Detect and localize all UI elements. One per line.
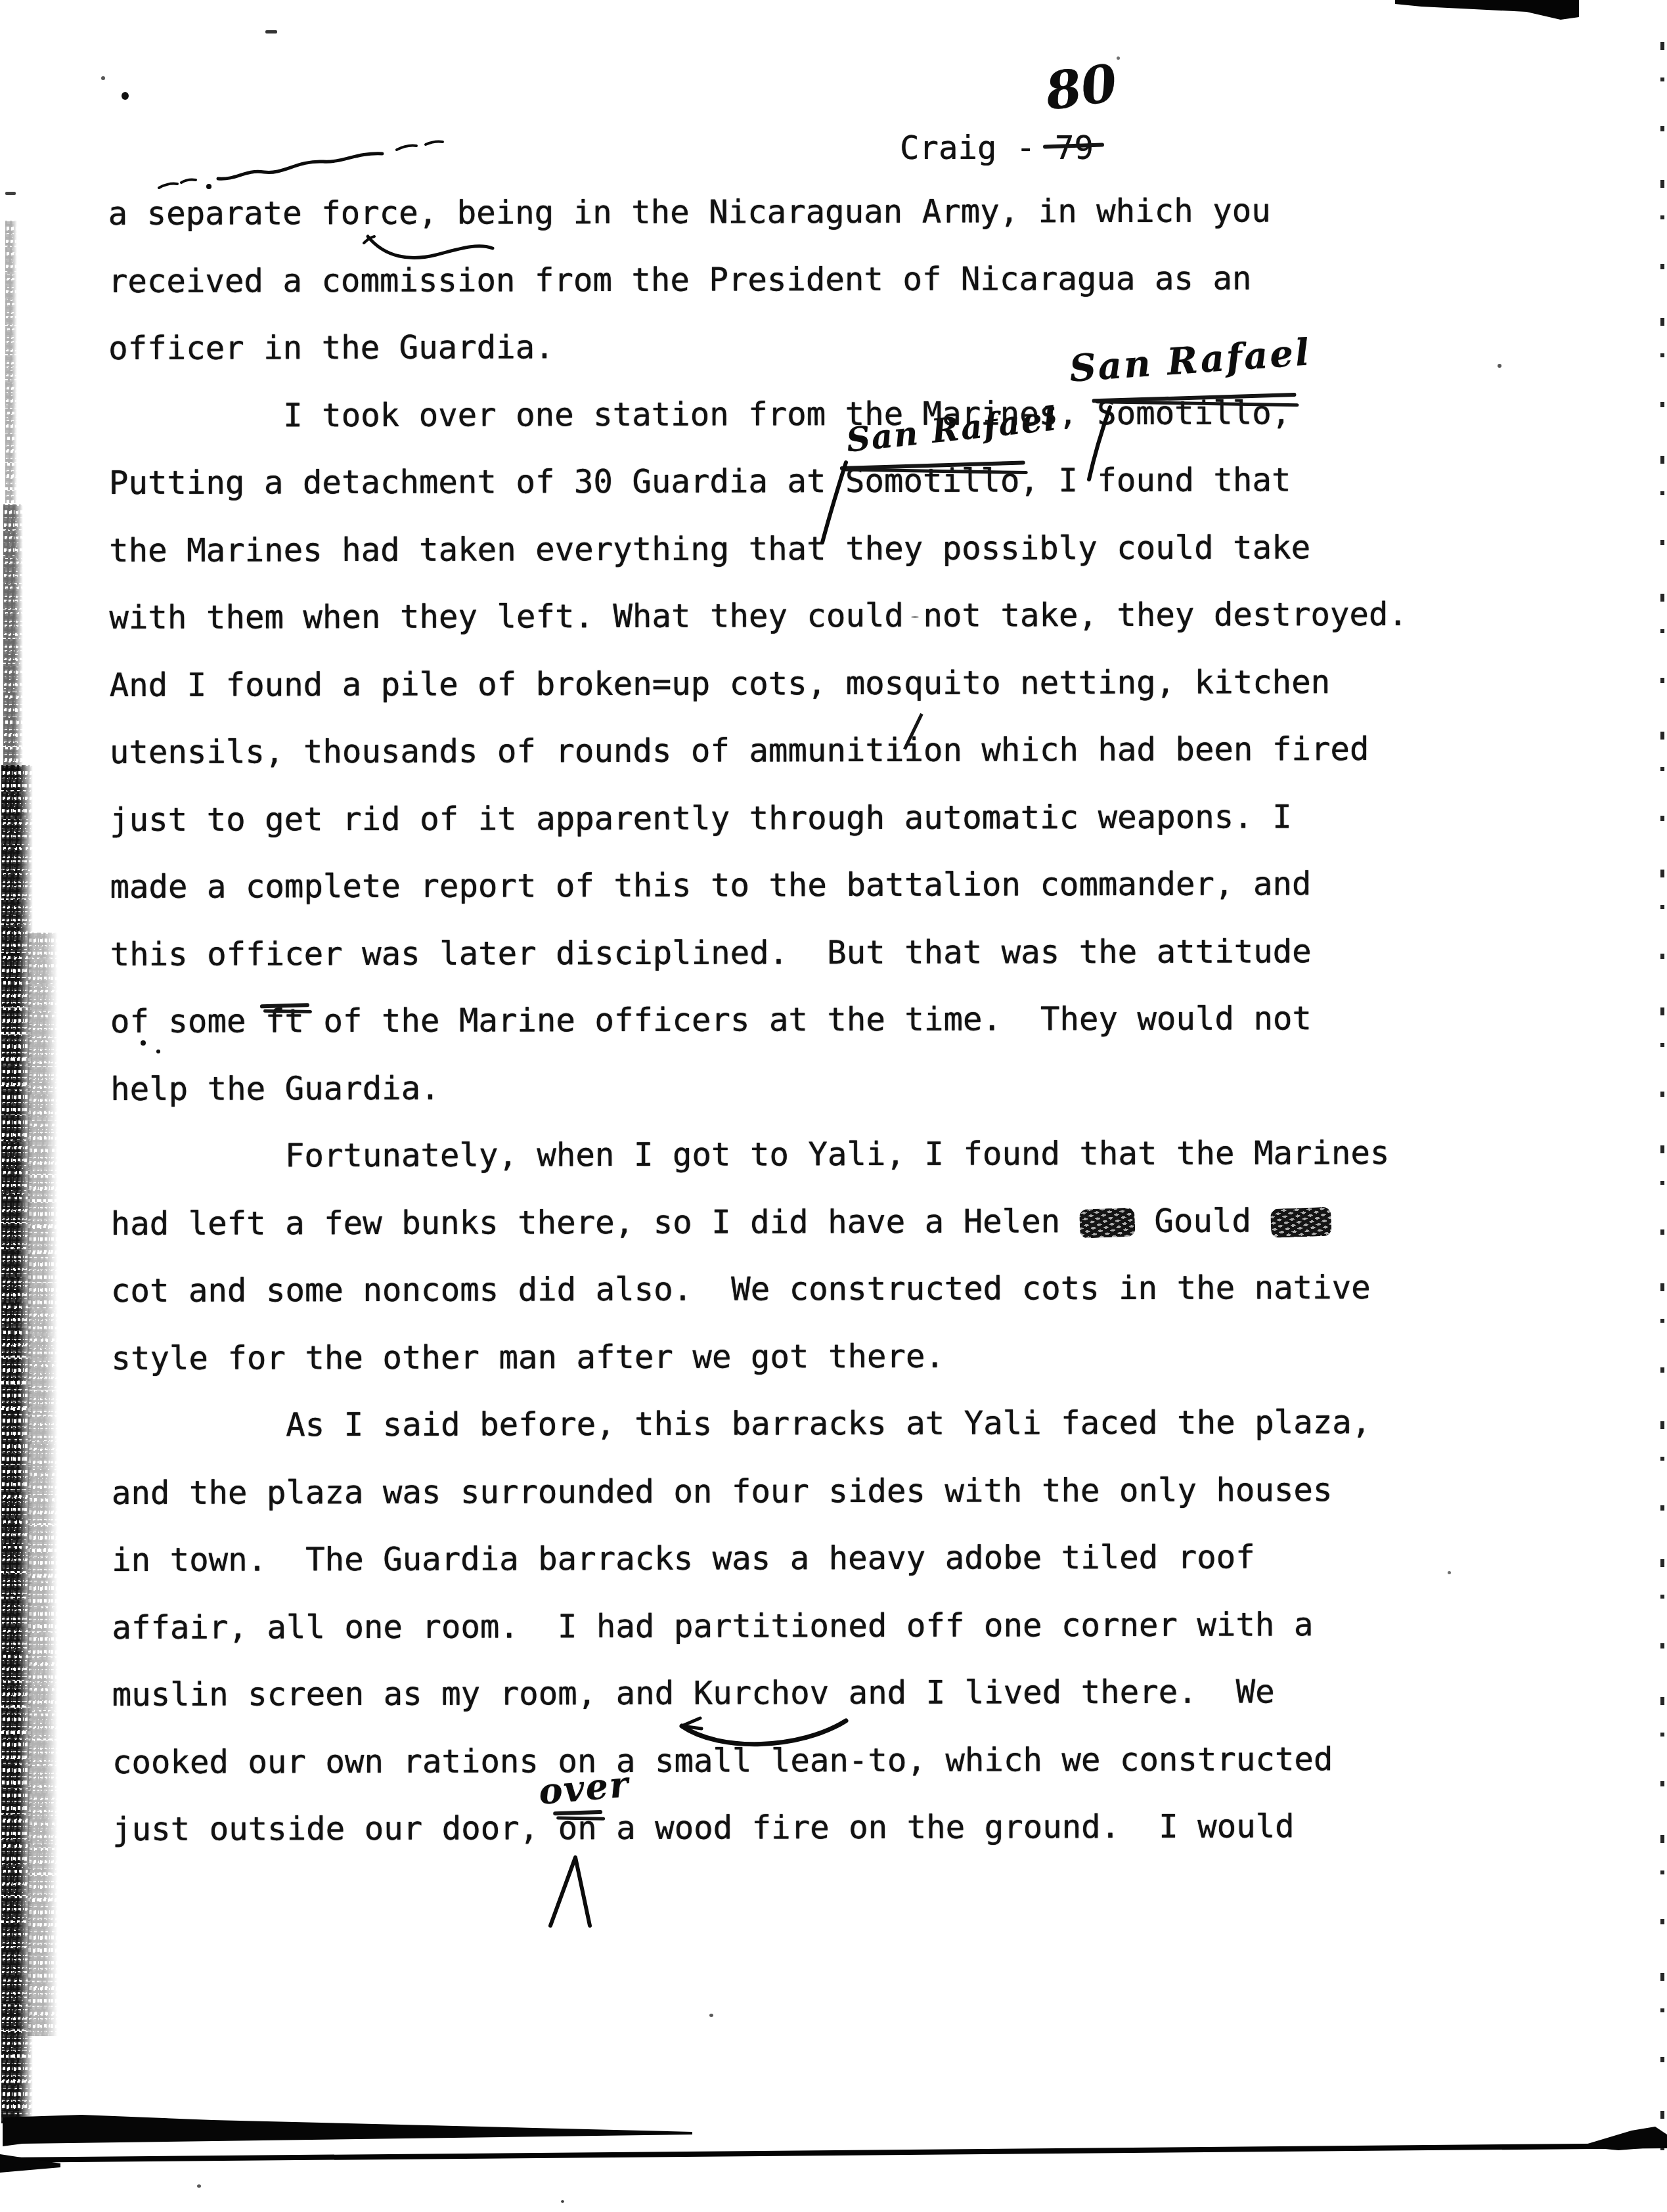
text-line: Putting a detachment of 30 Guardia at So… [109, 446, 1620, 518]
text-line: help the Guardia. [110, 1051, 1621, 1123]
text-line: received a commission from the President… [108, 244, 1619, 315]
struck-text: Somotillo [845, 447, 1020, 515]
struck-text: ft [265, 988, 304, 1055]
text-line: affair, all one room. I had partitioned … [112, 1590, 1622, 1662]
text-segment: muslin screen as my room, and Kurchov an… [112, 1673, 1275, 1714]
text-segment: Gould [1135, 1202, 1271, 1240]
speck [197, 2184, 201, 2188]
text-segment: received a commission from the President… [108, 259, 1252, 300]
text-segment: As I said before, this barracks at Yali … [112, 1404, 1371, 1444]
text-segment: , I found that [1019, 461, 1291, 499]
speck [122, 92, 129, 100]
text-line: utensils, thousands of rounds of ammunit… [110, 715, 1620, 787]
handwritten-page-number: 80 [1042, 53, 1121, 122]
scribbled-out-word [1270, 1206, 1332, 1237]
scribbled-out-word [1079, 1207, 1136, 1238]
text-segment: in town. The Guardia barracks was a heav… [112, 1538, 1255, 1579]
text-line: the Marines had taken everything that th… [109, 513, 1620, 585]
text-line: made a complete report of this to the ba… [110, 850, 1620, 921]
text-segment: just outside our door, [112, 1809, 558, 1848]
text-line: As I said before, this barracks at Yali … [111, 1388, 1622, 1460]
text-line: had left a few bunks there, so I did hav… [111, 1186, 1622, 1258]
speck [265, 30, 277, 33]
speck [156, 1050, 160, 1053]
speck [5, 192, 16, 195]
text-segment: Putting a detachment of 30 Guardia at [109, 462, 845, 502]
artifact-bottom-right-blob [1579, 2125, 1667, 2153]
text-segment: this officer was later disciplined. But … [110, 933, 1312, 973]
struck-text: i [904, 717, 923, 785]
artifact-bottom-smear [3, 2112, 692, 2148]
text-segment: style for the other man after we got the… [111, 1337, 945, 1377]
artifact-left-speckle-4 [28, 933, 58, 2036]
text-segment: officer in the Guardia. [108, 328, 554, 367]
text-line: with them when they left. What they coul… [109, 581, 1620, 652]
struck-text: Somotillo, [1097, 380, 1291, 447]
text-segment: And I found a pile of broken=up cots, mo… [110, 663, 1331, 704]
scanned-document-page: Craig - 79 80 San Rafael San Rafael over… [0, 0, 1667, 2212]
text-line: cot and some noncoms did also. We constr… [111, 1254, 1622, 1325]
text-segment: and the plaza was surrounded on four sid… [112, 1471, 1333, 1512]
insert-slash-line4 [1084, 403, 1115, 483]
speck [561, 2200, 564, 2203]
text-segment: Fortunately, when I got to Yali, I found… [110, 1134, 1389, 1175]
struck-page-number: 79 [1055, 129, 1094, 167]
text-line: cooked our own rations on a small lean-t… [112, 1725, 1623, 1796]
text-line: And I found a pile of broken=up cots, mo… [110, 648, 1620, 719]
typewritten-text: a separate force, being in the Nicaragua… [108, 177, 1624, 1864]
text-line: style for the other man after we got the… [111, 1321, 1622, 1392]
text-segment: of the Marine officers at the time. They… [304, 1000, 1312, 1040]
text-line: just to get rid of it apparently through… [110, 782, 1620, 854]
artifact-left-speckle-2 [3, 504, 23, 770]
text-line: officer in the Guardia. [108, 311, 1619, 383]
text-segment: had left a few bunks there, so I did hav… [111, 1203, 1080, 1243]
text-line: in town. The Guardia barracks was a heav… [112, 1523, 1622, 1595]
text-segment: cot and some noncoms did also. We constr… [111, 1269, 1371, 1310]
artifact-left-speckle-1 [5, 221, 17, 503]
pen-squiggle-top-left [139, 131, 455, 204]
text-line: muslin screen as my room, and Kurchov an… [112, 1658, 1623, 1729]
text-segment: utensils, thousands of rounds of ammunit… [110, 732, 904, 771]
text-segment: the Marines had taken everything that th… [109, 529, 1310, 569]
text-segment: on which had been fired [923, 730, 1369, 769]
text-line: and the plaza was surrounded on four sid… [112, 1455, 1622, 1527]
insert-caret-line25 [544, 1852, 603, 1930]
text-segment: made a complete report of this to the ba… [110, 865, 1311, 906]
text-line: I took over one station from the Marines… [108, 378, 1619, 450]
speck [1117, 56, 1120, 60]
handwritten-underline-kurchov [674, 1714, 855, 1758]
header-name: Craig - [900, 129, 1055, 167]
text-segment: a wood fire on the ground. I would [597, 1807, 1295, 1847]
speck [101, 76, 105, 80]
artifact-right-edge-dashes [1660, 42, 1664, 2188]
text-segment: just to get rid of it apparently through… [110, 798, 1292, 839]
artifact-top-right-strip [1395, 0, 1579, 25]
text-line: just outside our door, on a wood fire on… [112, 1792, 1623, 1864]
text-segment: help the Guardia. [110, 1069, 440, 1107]
speck [1498, 364, 1501, 368]
speck [911, 616, 919, 618]
text-segment: I took over one station from the Marines… [109, 395, 1098, 435]
speck [709, 2014, 713, 2017]
text-line: of some ft of the Marine officers at the… [110, 984, 1621, 1056]
insert-slash-line5 [817, 458, 851, 546]
pen-squiggle-under-line1 [363, 229, 500, 268]
text-line: Fortunately, when I got to Yali, I found… [110, 1119, 1621, 1191]
artifact-bottom-left-blob [0, 2154, 60, 2173]
page-header: Craig - 79 [900, 129, 1094, 167]
speck [1448, 1571, 1451, 1574]
text-segment: with them when they left. What they coul… [109, 596, 1408, 636]
text-line: this officer was later disciplined. But … [110, 917, 1621, 988]
text-segment: affair, all one room. I had partitioned … [112, 1606, 1313, 1647]
speck [141, 1040, 146, 1046]
text-segment: of some [110, 1002, 265, 1040]
